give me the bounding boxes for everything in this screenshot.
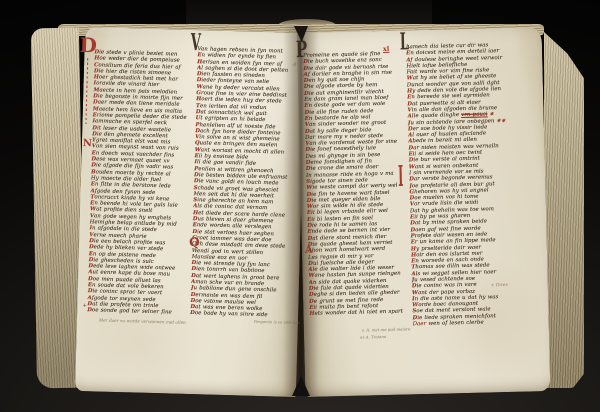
text-column-right-2: Lamech dia leste cur dir wasEn doicest m… xyxy=(406,41,533,327)
text-column-left-2: Van hagen rebsen in fyn montEn widien fo… xyxy=(190,46,304,320)
rubric-initial-a: A xyxy=(305,246,313,256)
rubric-initial-i: I xyxy=(398,162,404,191)
bottom-margin-note: Mer daer na worde verwonnen met allen xyxy=(99,318,251,327)
text-column-right-1: Promeine en quade sie fineDie buch wosel… xyxy=(303,50,409,317)
medieval-manuscript-photo: D N V Q Die stede v plinie besiet menHoe… xyxy=(0,0,600,412)
rubric-initial-q: Q xyxy=(189,236,200,248)
bottom-margin-note-2: Pergamin is vn ville kan xyxy=(254,320,300,326)
illuminated-initial-d: D xyxy=(79,35,97,55)
verso-page: D N V Q Die stede v plinie besiet menHoe… xyxy=(75,27,306,397)
text-column-left-1: Die stede v plinie besiet menHoe weder d… xyxy=(87,49,196,316)
page-edges-right xyxy=(544,32,584,388)
bottom-annotation-1: s. A. niet me pud maiore xyxy=(362,327,410,333)
rubric-initial-n: N xyxy=(83,139,92,149)
pen-initial-p: P xyxy=(296,39,308,62)
recto-page: P A L I xl Promeine en quade sie fineDie… xyxy=(297,27,551,397)
right-margin-note: + Gires xyxy=(491,284,508,289)
bottom-annotation-2: ex A. Traiano xyxy=(360,335,386,340)
pen-initial-l: L xyxy=(400,31,410,55)
manuscript-line: Hets wonder dat hi niet en spart xyxy=(309,309,409,318)
margin-cross-mark: + xyxy=(82,304,87,309)
chapter-number-rubric: xl xyxy=(383,46,390,53)
pen-initial-v: V xyxy=(190,32,201,56)
